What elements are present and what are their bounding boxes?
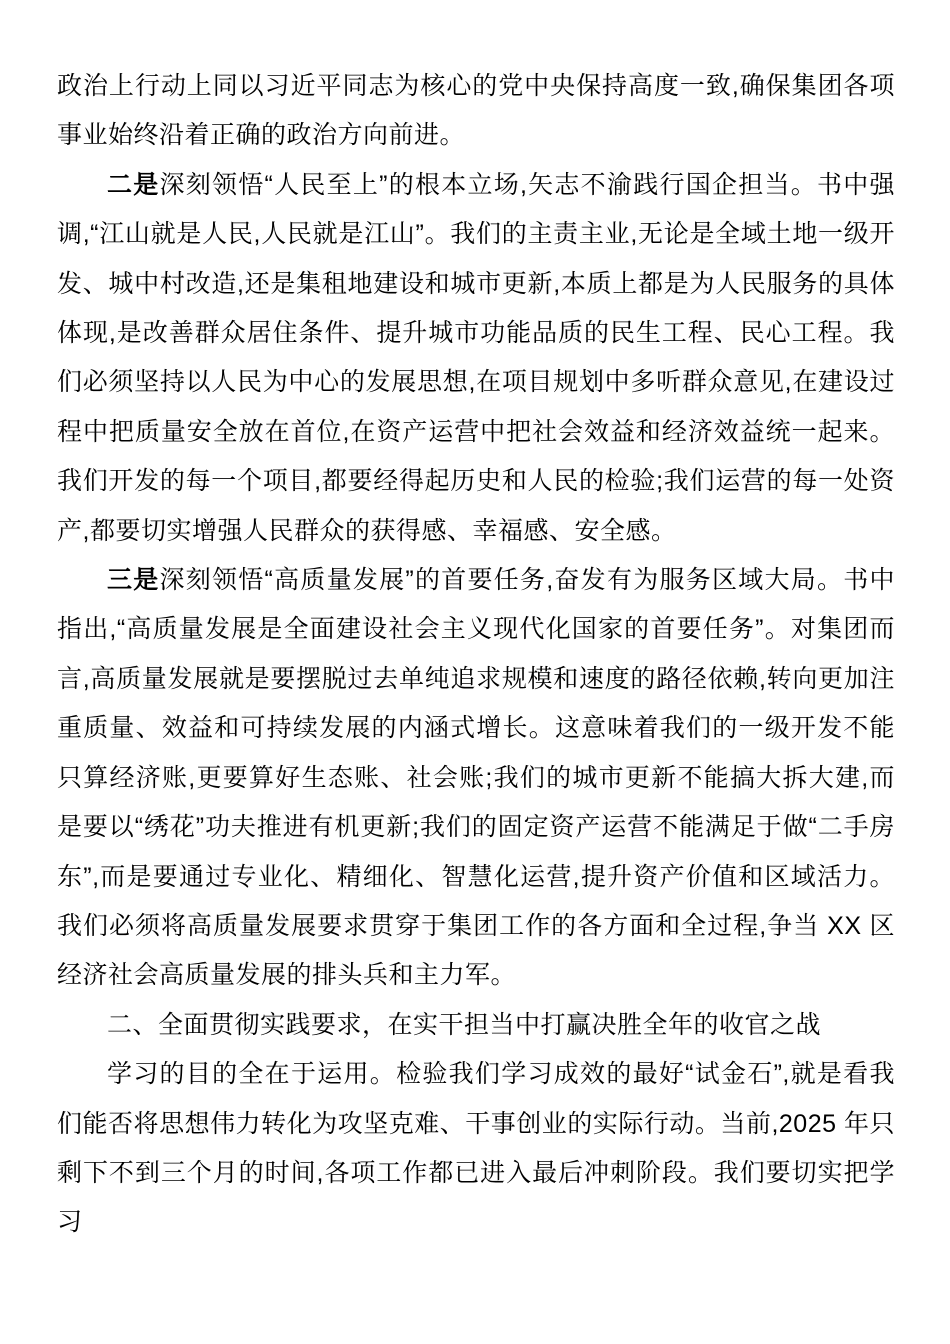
paragraph-third-point-text: 深刻领悟“高质量发展”的首要任务,奋发有为服务区域大局。书中指出,“高质量发展是… <box>57 566 895 989</box>
document-page: 政治上行动上同以习近平同志为核心的党中央保持高度一致,确保集团各项事业始终沿着正… <box>0 0 950 1344</box>
paragraph-second-point: 二是深刻领悟“人民至上”的根本立场,矢志不渝践行国企担当。书中强调,“江山就是人… <box>57 161 895 556</box>
paragraph-practice-requirements: 学习的目的全在于运用。检验我们学习成效的最好“试金石”,就是看我们能否将思想伟力… <box>57 1050 895 1248</box>
paragraph-second-point-text: 深刻领悟“人民至上”的根本立场,矢志不渝践行国企担当。书中强调,“江山就是人民,… <box>57 171 895 545</box>
lead-in-third-point: 三是 <box>107 566 160 594</box>
paragraph-third-point: 三是深刻领悟“高质量发展”的首要任务,奋发有为服务区域大局。书中指出,“高质量发… <box>57 556 895 1001</box>
section-heading-2: 二、全面贯彻实践要求，在实干担当中打赢决胜全年的收官之战 <box>57 1001 895 1050</box>
paragraph-political-direction-continuation: 政治上行动上同以习近平同志为核心的党中央保持高度一致,确保集团各项事业始终沿着正… <box>57 62 895 161</box>
lead-in-second-point: 二是 <box>107 171 160 199</box>
